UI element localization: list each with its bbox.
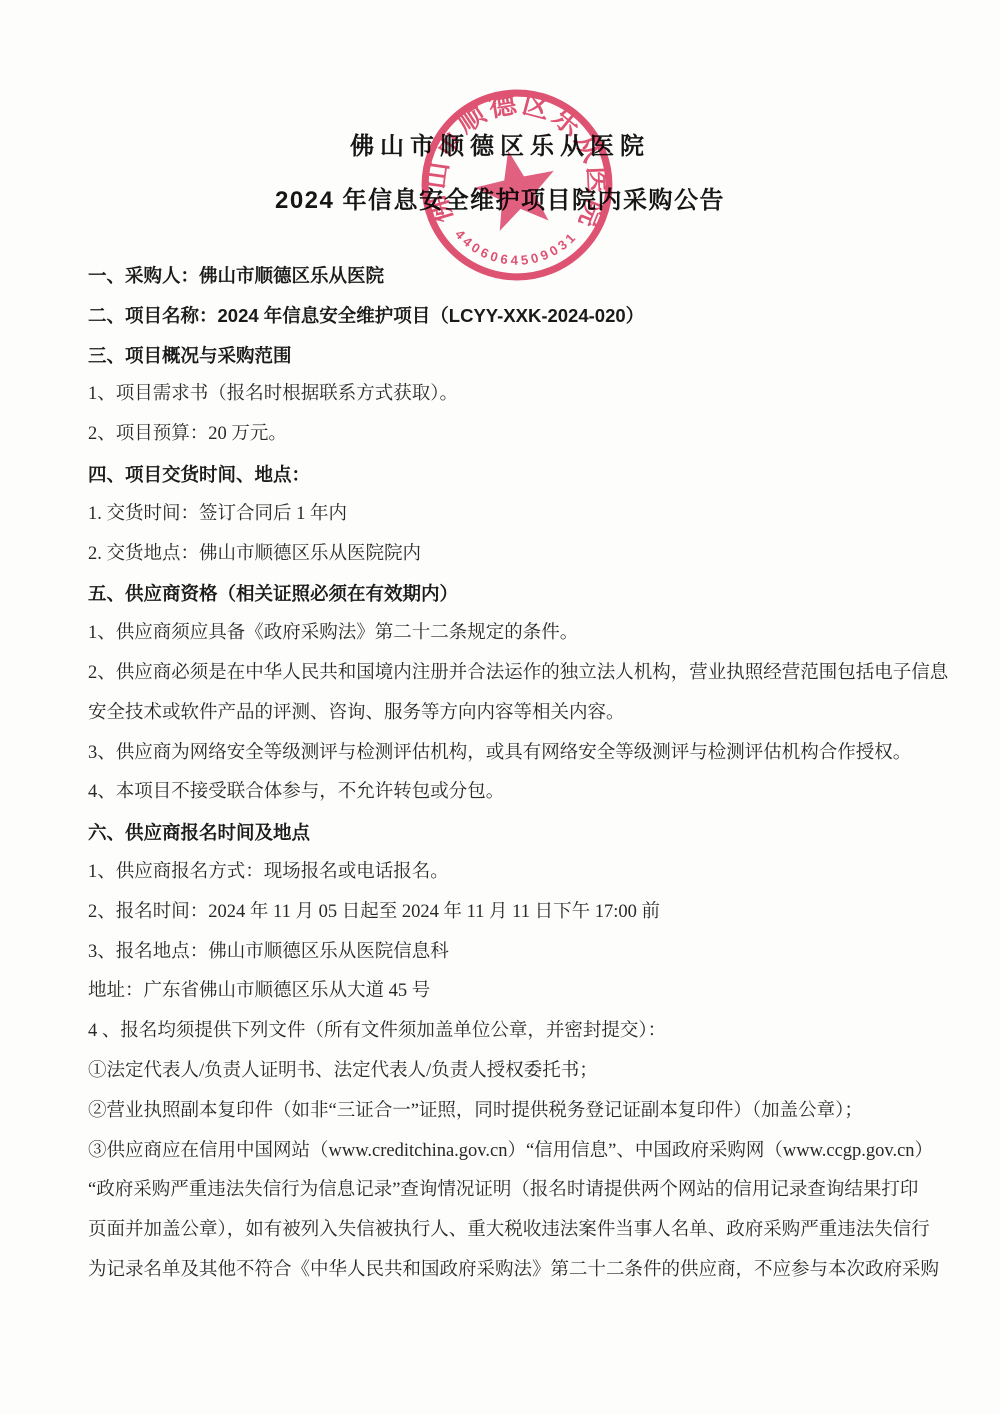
seal-star-icon [469,142,564,234]
body-line: 1、项目需求书（报名时根据联系方式获取）。 [88,375,920,415]
body-line: 3、供应商为网络安全等级测评与检测评估机构，或具有网络安全等级测评与检测评估机构… [88,734,920,774]
seal-ring-text: 佛山市顺德区乐从医院 [419,87,614,235]
body-line: 4 、报名均须提供下列文件（所有文件须加盖单位公章，并密封提交）： [88,1012,920,1052]
body-line: 地址：广东省佛山市顺德区乐从大道 45 号 [88,972,920,1012]
body-line: 1. 交货时间：签订合同后 1 年内 [88,495,920,535]
body-lines: 一、采购人：佛山市顺德区乐从医院二、项目名称：2024 年信息安全维护项目（LC… [88,256,920,1291]
body-line: ②营业执照副本复印件（如非“三证合一”证照，同时提供税务登记证副本复印件）（加盖… [88,1092,920,1132]
body-line: 六、供应商报名时间及地点 [88,813,920,853]
body-line: 4、本项目不接受联合体参与，不允许转包或分包。 [88,773,920,813]
body-line: 二、项目名称：2024 年信息安全维护项目（LCYY-XXK-2024-020） [88,296,920,336]
official-seal-stamp: 佛山市顺德区乐从医院 4406064509031 [416,84,618,286]
body-line: 三、项目概况与采购范围 [88,336,920,376]
body-line: 3、报名地点：佛山市顺德区乐从医院信息科 [88,933,920,973]
body-line: ①法定代表人/负责人证明书、法定代表人/负责人授权委托书； [88,1052,920,1092]
body-line: “政府采购严重违法失信行为信息记录”查询情况证明（报名时请提供两个网站的信用记录… [88,1171,920,1211]
body-line: 页面并加盖公章），如有被列入失信被执行人、重大税收违法案件当事人名单、政府采购严… [88,1211,920,1251]
body-line: ③供应商应在信用中国网站（www.creditchina.gov.cn）“信用信… [88,1132,920,1172]
body-line: 为记录名单及其他不符合《中华人民共和国政府采购法》第二十二条件的供应商，不应参与… [88,1251,920,1291]
body-line: 安全技术或软件产品的评测、咨询、服务等方向内容等相关内容。 [88,694,920,734]
body-line: 1、供应商须应具备《政府采购法》第二十二条规定的条件。 [88,614,920,654]
seal-ring-text-path: 佛山市顺德区乐从医院 [419,87,614,235]
document-page: 佛山市顺德区乐从医院 2024 年信息安全维护项目院内采购公告 一、采购人：佛山… [0,0,1000,1414]
body-line: 2、报名时间：2024 年 11 月 05 日起至 2024 年 11 月 11… [88,893,920,933]
body-line: 2、项目预算：20 万元。 [88,415,920,455]
body-line: 五、供应商资格（相关证照必须在有效期内） [88,574,920,614]
body-line: 2. 交货地点：佛山市顺德区乐从医院院内 [88,535,920,575]
body-line: 2、供应商必须是在中华人民共和国境内注册并合法运作的独立法人机构，营业执照经营范… [88,654,920,694]
body-line: 四、项目交货时间、地点： [88,455,920,495]
body-line: 1、供应商报名方式：现场报名或电话报名。 [88,853,920,893]
